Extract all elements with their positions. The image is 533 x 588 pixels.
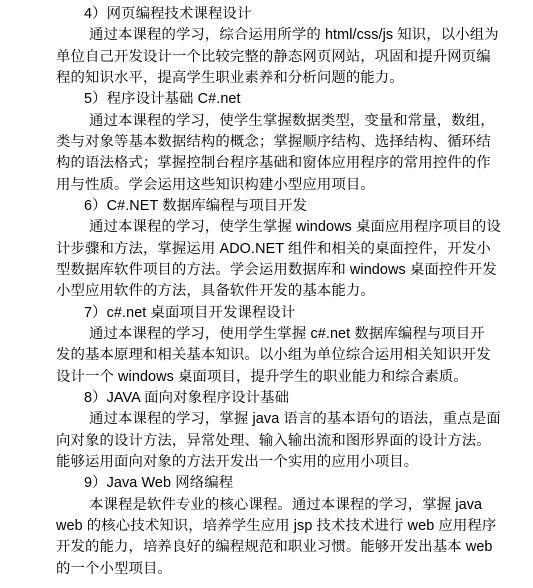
text-line: web 的核心技术知识，培养学生应用 jsp 技术技术进行 web 应用程序: [56, 516, 488, 537]
text-line: 本课程是软件专业的核心课程。通过本课程的学习，掌握 java: [56, 495, 488, 516]
section-heading: 9）Java Web 网络编程: [56, 473, 488, 494]
text-line: 能够运用面向对象的方法开发出一个实用的应用小项目。: [56, 452, 488, 473]
text-line: 型数据库软件项目的方法。学会运用数据库和 windows 桌面控件开发: [56, 260, 488, 281]
text-line: 开发的能力，培养良好的编程规范和职业习惯。能够开发出基本 web: [56, 537, 488, 558]
section-heading: 8）JAVA 面向对象程序设计基础: [56, 388, 488, 409]
text-line: 小型应用软件的方法，具备软件开发的基本能力。: [56, 281, 488, 302]
document-page: 4）网页编程技术课程设计通过本课程的学习，综合运用所学的 html/css/js…: [0, 0, 533, 588]
section-heading: 4）网页编程技术课程设计: [56, 4, 488, 25]
text-line: 的一个小型项目。: [56, 559, 488, 580]
text-line: 通过本课程的学习，掌握 java 语言的基本语句的语法，重点是面: [56, 409, 488, 430]
text-line: 构的语法格式；掌握控制台程序基础和窗体应用程序的常用控件的作: [56, 153, 488, 174]
text-line: 向对象的设计方法，异常处理、输入输出流和图形界面的设计方法。: [56, 431, 488, 452]
text-line: 程的知识水平，提高学生职业素养和分析问题的能力。: [56, 68, 488, 89]
section-heading: 5）程序设计基础 C#.net: [56, 89, 488, 110]
text-line: 计步骤和方法，掌握运用 ADO.NET 组件和相关的桌面控件，开发小: [56, 239, 488, 260]
section-heading: 7）c#.net 桌面项目开发课程设计: [56, 303, 488, 324]
text-line: 类与对象等基本数据结构的概念；掌握顺序结构、选择结构、循环结: [56, 132, 488, 153]
text-line: 发的基本原理和相关基本知识。以小组为单位综合运用相关知识开发: [56, 345, 488, 366]
text-line: 用与性质。学会运用这些知识构建小型应用项目。: [56, 175, 488, 196]
text-line: 通过本课程的学习，使学生掌握数据类型，变量和常量，数组，: [56, 111, 488, 132]
text-line: 单位自己开发设计一个比较完整的静态网页网站，巩固和提升网页编: [56, 47, 488, 68]
text-line: 通过本课程的学习，综合运用所学的 html/css/js 知识，以小组为: [56, 25, 488, 46]
text-line: 设计一个 windows 桌面项目，提升学生的职业能力和综合素质。: [56, 367, 488, 388]
section-heading: 6）C#.NET 数据库编程与项目开发: [56, 196, 488, 217]
text-line: 通过本课程的学习，使学生掌握 windows 桌面应用程序项目的设: [56, 217, 488, 238]
text-line: 通过本课程的学习，使用学生掌握 c#.net 数据库编程与项目开: [56, 324, 488, 345]
